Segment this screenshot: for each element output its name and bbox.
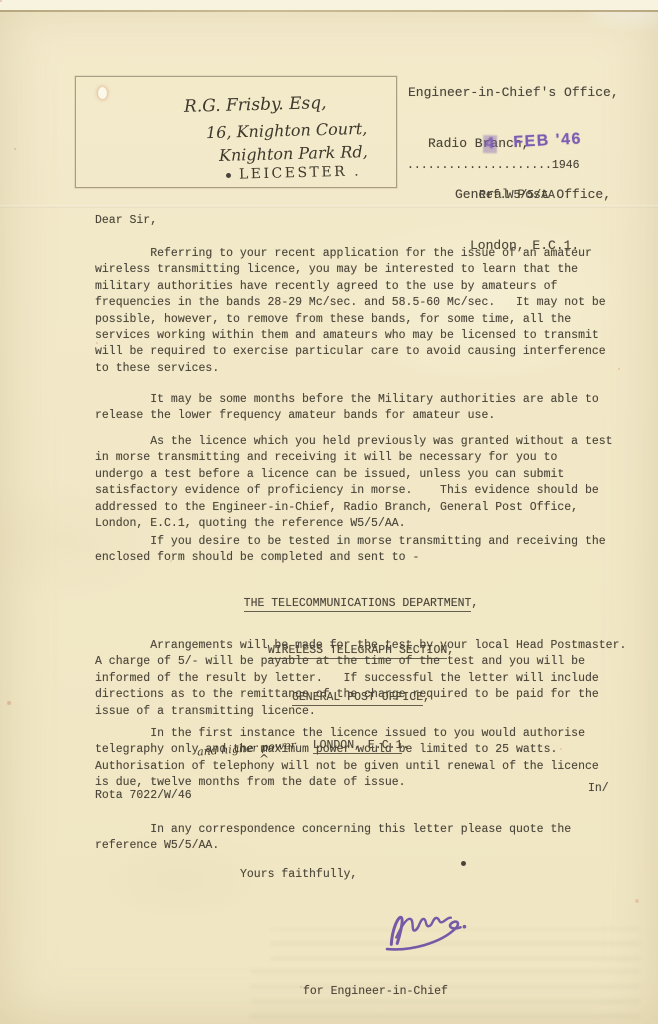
recipient-address-box: R.G. Frisby. Esq, 16, Knighton Court, Kn… (75, 76, 397, 188)
insertion-caret: ^ (259, 752, 269, 766)
dispatch-dept-suffix: , (471, 597, 478, 610)
dispatch-line: THE TELECOMMUNICATIONS DEPARTMENT, (230, 596, 492, 612)
recipient-address-line1: 16, Knighton Court, (206, 119, 368, 142)
paragraph-7: In any correspondence concerning this le… (95, 822, 571, 855)
date-line: .....................1946 (407, 158, 580, 174)
dispatch-dept: THE TELECOMMUNICATIONS DEPARTMENT (244, 597, 472, 612)
reference-number: Ref.W5/5/AA (479, 188, 555, 204)
salutation: Dear Sir, (95, 213, 157, 229)
paragraph-6: In the first instance the licence issued… (95, 726, 599, 792)
paragraph-2: It may be some months before the Militar… (95, 392, 599, 425)
paragraph-4: If you desire to be tested in morse tran… (95, 534, 606, 567)
paper-flecks (0, 0, 2, 2)
closing-valediction: Yours faithfully, (240, 867, 357, 883)
letterhead-office: Engineer-in-Chief's Office, (408, 84, 619, 101)
paper-top-edge (0, 0, 658, 10)
recipient-address-line2: Knighton Park Rd, (219, 142, 368, 165)
bleed-through-texture (270, 928, 640, 960)
bleed-through-texture (250, 968, 640, 1018)
paper-edge-line (0, 10, 658, 12)
letter-page: R.G. Frisby. Esq, 16, Knighton Court, Kn… (0, 0, 658, 1024)
paragraph-5: Arrangements will be made for the test b… (95, 638, 626, 720)
pinhole-mark (98, 87, 107, 99)
rota-number: Rota 7022/W/46 (95, 788, 192, 804)
paragraph-1: Referring to your recent application for… (95, 246, 606, 377)
paragraph-3: As the licence which you held previously… (95, 434, 613, 532)
date-stamp-day: 4 (483, 135, 498, 153)
ink-dot (461, 861, 466, 866)
recipient-name: R.G. Frisby. Esq, (184, 93, 327, 117)
continuation-mark: In/ (588, 781, 609, 797)
recipient-city: LEICESTER . (239, 163, 361, 182)
ink-dot (226, 173, 231, 178)
date-stamp-text: FEB '46 (513, 130, 582, 151)
